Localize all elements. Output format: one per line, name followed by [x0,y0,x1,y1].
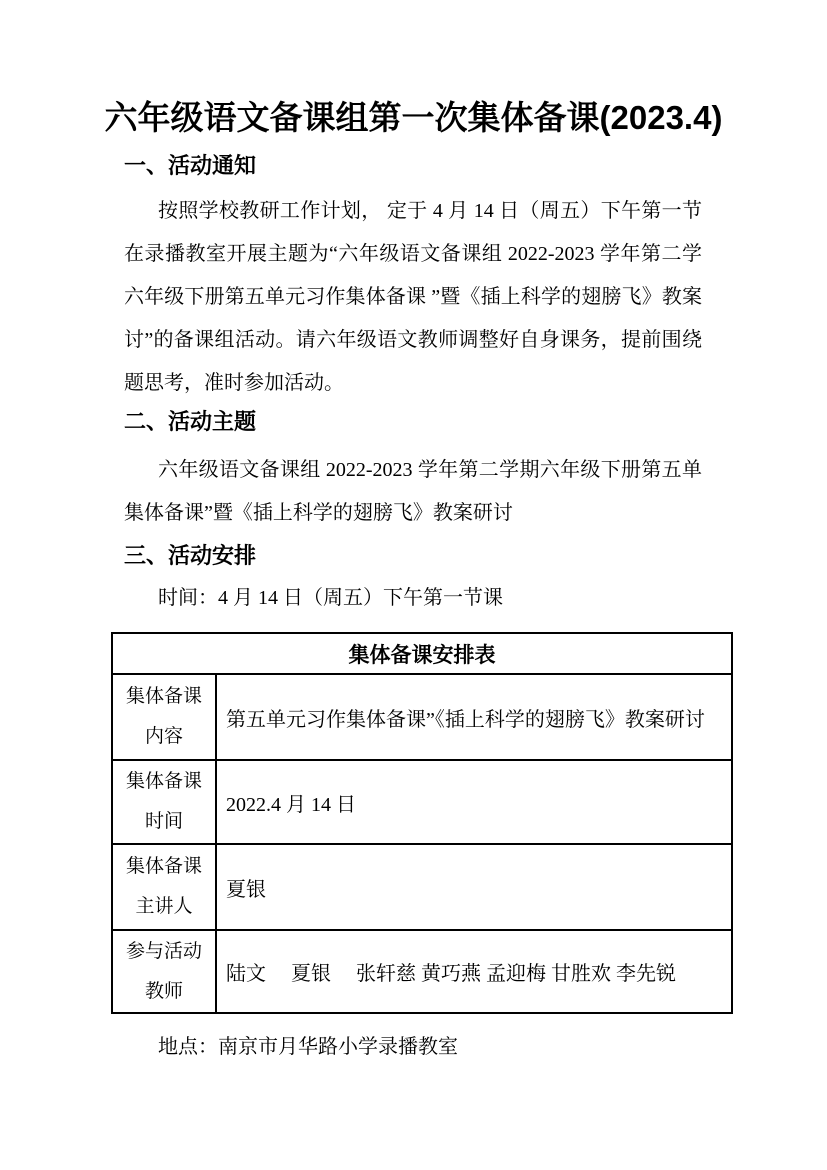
row-label-line: 参与活动 [113,932,215,972]
schedule-table: 集体备课安排表 集体备课 内容 第五单元习作集体备课”《插上科学的翅膀飞》教案研… [111,632,733,1014]
table-title: 集体备课安排表 [112,633,732,674]
theme-paragraph: 六年级语文备课组 2022-2023 学年第二学期六年级下册第五单元 集体备课”… [124,449,702,535]
section-heading-theme: 二、活动主题 [124,408,256,436]
table-row-time: 集体备课 时间 2022.4 月 14 日 [112,760,732,844]
document-title-suffix: (2023.4) [600,99,723,136]
row-value-speaker: 夏银 [216,844,732,930]
notice-line-4: 讨”的备课组活动。请六年级语文教师调整好自身课务，提前围绕主 [124,319,702,362]
table-row-content: 集体备课 内容 第五单元习作集体备课”《插上科学的翅膀飞》教案研讨 [112,674,732,760]
document-page: 六年级语文备课组第一次集体备课(2023.4) 一、活动通知 按照学校教研工作计… [0,0,827,1170]
row-label-content: 集体备课 内容 [112,674,216,760]
row-label-line: 教师 [113,972,215,1012]
notice-paragraph: 按照学校教研工作计划， 定于 4 月 14 日（周五）下午第一节课 在录播教室开… [124,190,702,405]
document-title-main: 六年级语文备课组第一次集体备课 [105,101,600,137]
theme-line-2: 集体备课”暨《插上科学的翅膀飞》教案研讨 [124,492,702,535]
row-label-line: 内容 [113,717,215,757]
row-value-time: 2022.4 月 14 日 [216,760,732,844]
row-label-line: 集体备课 [113,762,215,802]
location-line: 地点：南京市月华路小学录播教室 [124,1026,764,1069]
row-label-line: 主讲人 [113,887,215,927]
table-title-row: 集体备课安排表 [112,633,732,674]
notice-line-1: 按照学校教研工作计划， 定于 4 月 14 日（周五）下午第一节课 [124,190,702,233]
section-heading-schedule: 三、活动安排 [124,542,256,570]
notice-line-3: 六年级下册第五单元习作集体备课 ”暨《插上科学的翅膀飞》教案研 [124,276,702,319]
row-label-line: 时间 [113,802,215,842]
row-label-teachers: 参与活动 教师 [112,930,216,1013]
row-value-content: 第五单元习作集体备课”《插上科学的翅膀飞》教案研讨 [216,674,732,760]
table-row-teachers: 参与活动 教师 陆文 夏银 张轩慈 黄巧燕 孟迎梅 甘胜欢 李先锐 [112,930,732,1013]
row-label-line: 集体备课 [113,677,215,717]
notice-line-5: 题思考，准时参加活动。 [124,362,702,405]
row-label-speaker: 集体备课 主讲人 [112,844,216,930]
section-heading-notice: 一、活动通知 [124,152,256,180]
row-label-time: 集体备课 时间 [112,760,216,844]
notice-line-2: 在录播教室开展主题为“六年级语文备课组 2022-2023 学年第二学期 [124,233,702,276]
table-row-speaker: 集体备课 主讲人 夏银 [112,844,732,930]
document-title: 六年级语文备课组第一次集体备课(2023.4) [0,92,827,145]
row-value-teachers: 陆文 夏银 张轩慈 黄巧燕 孟迎梅 甘胜欢 李先锐 [216,930,732,1013]
time-line: 时间：4 月 14 日（周五）下午第一节课 [124,577,764,620]
theme-line-1: 六年级语文备课组 2022-2023 学年第二学期六年级下册第五单元 [124,449,702,492]
row-label-line: 集体备课 [113,847,215,887]
